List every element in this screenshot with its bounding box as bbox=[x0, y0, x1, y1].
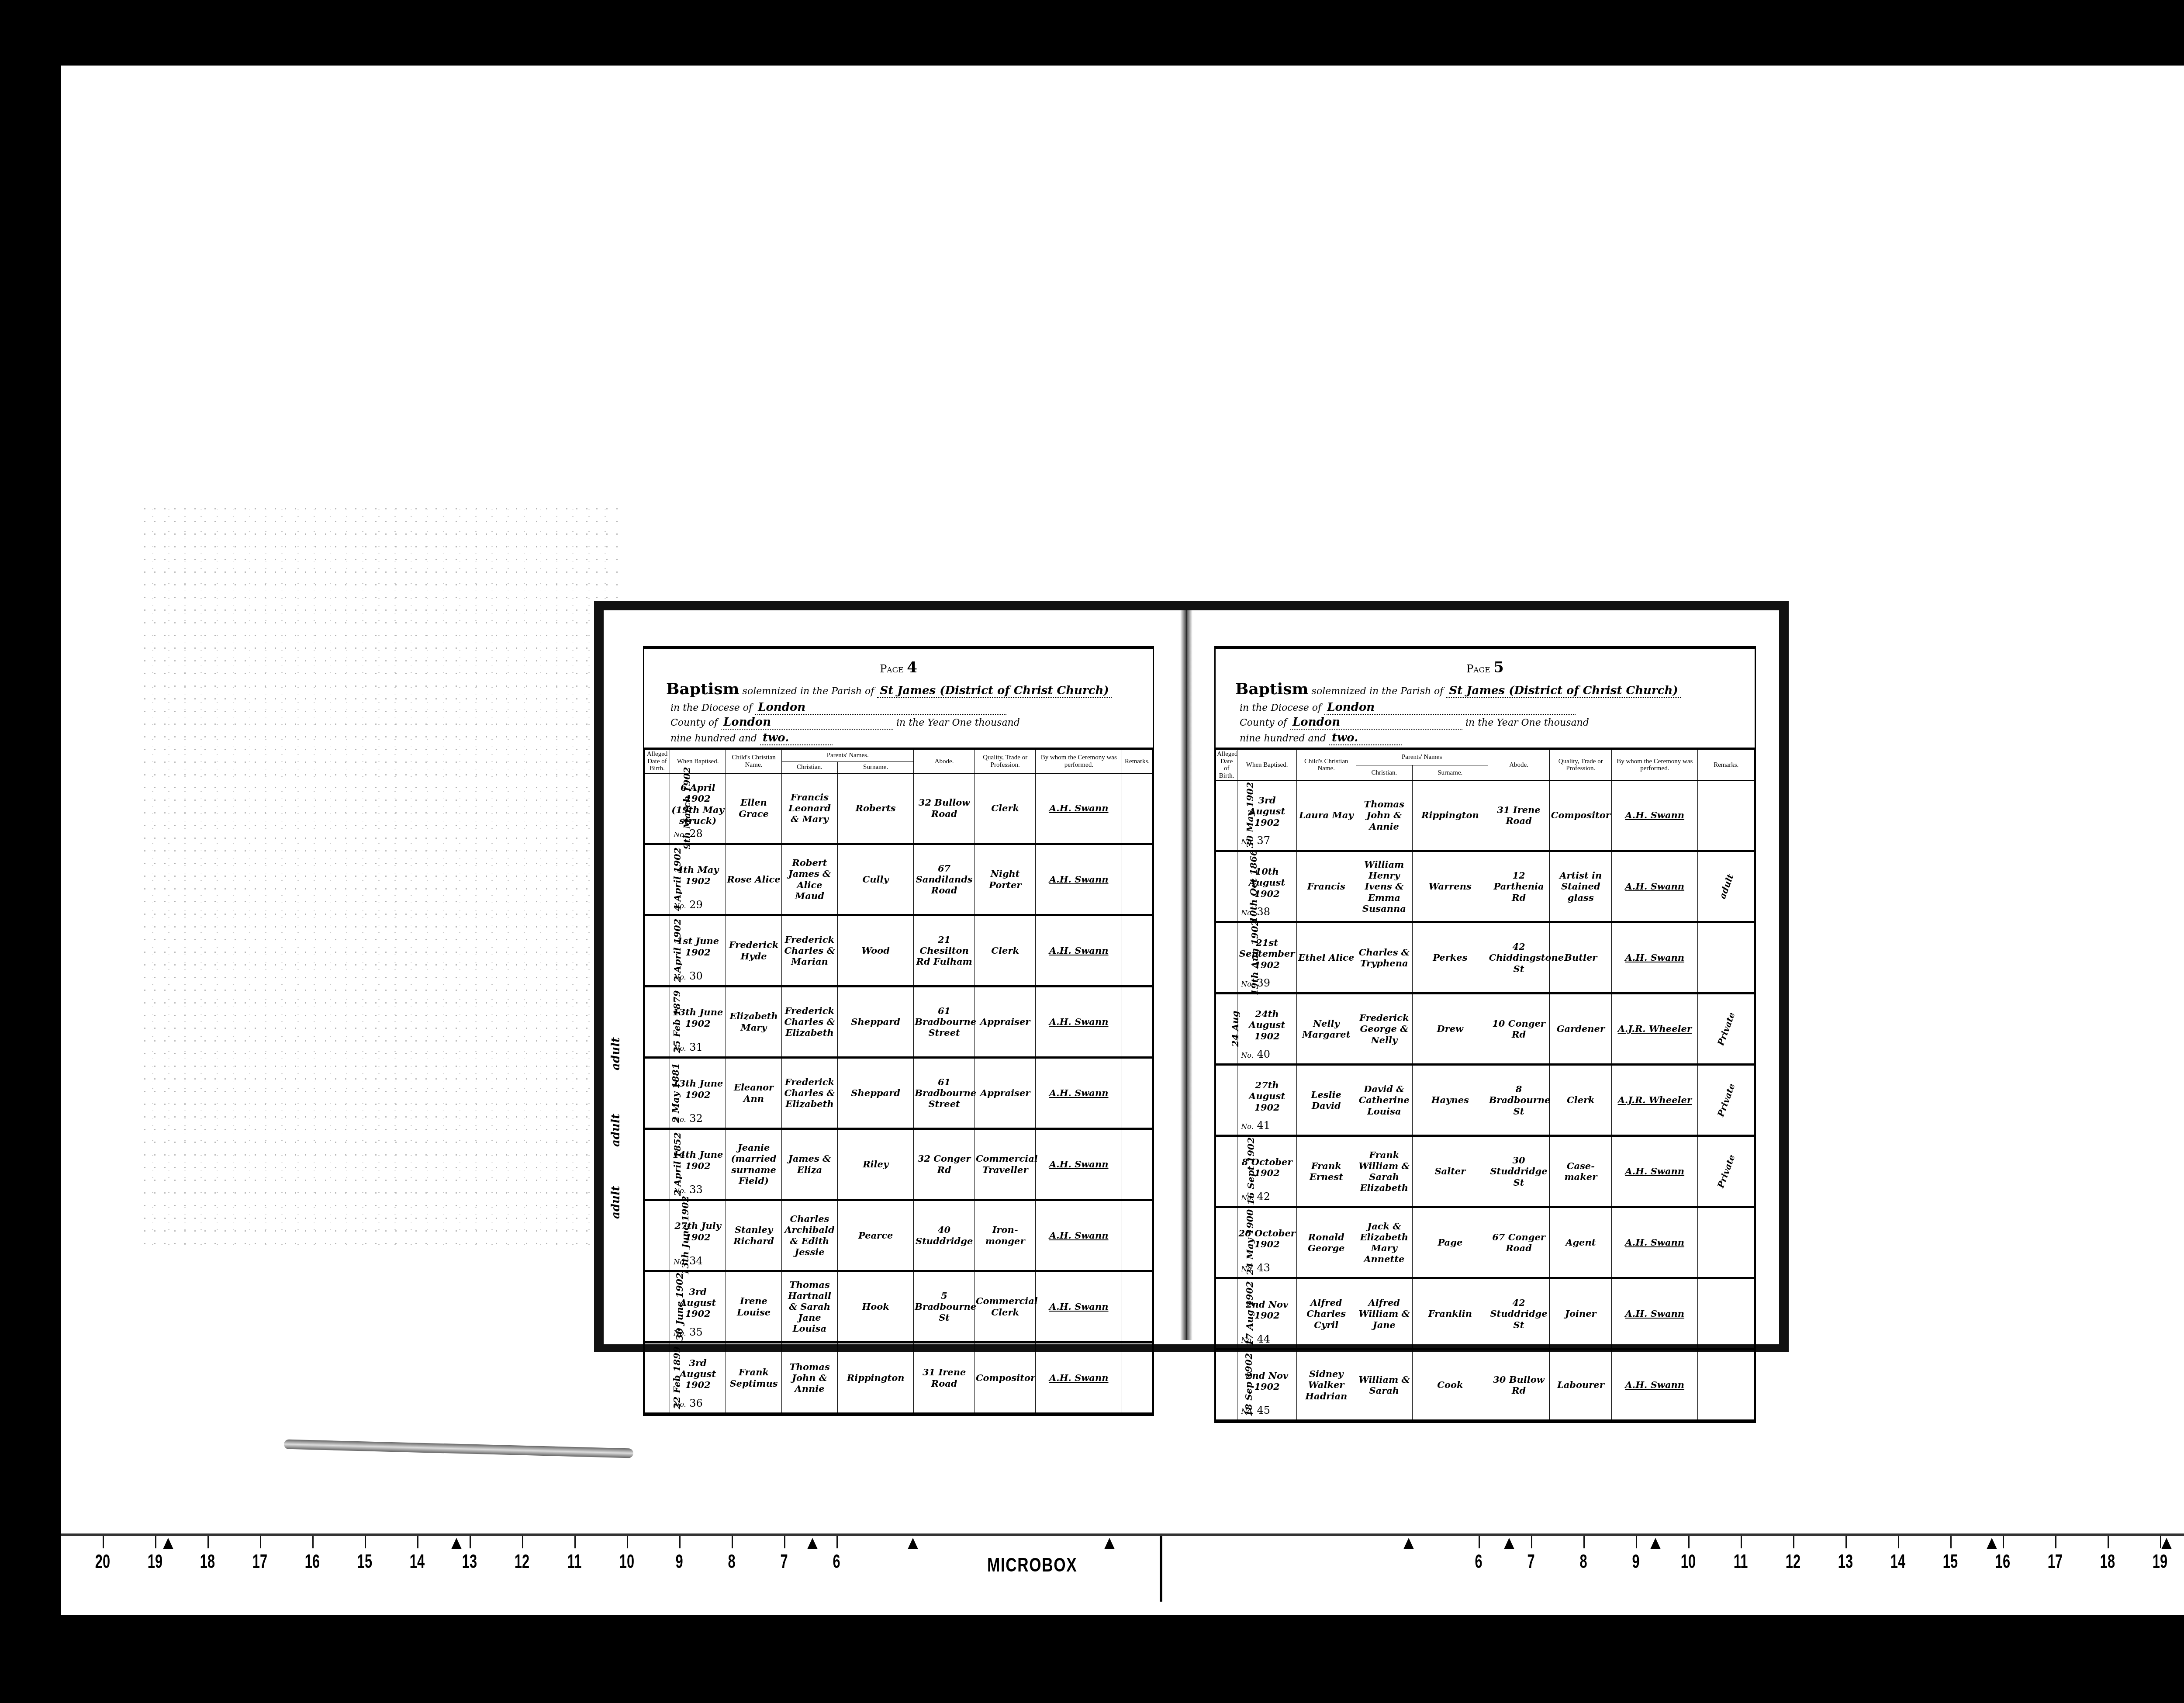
col-remarks: Remarks. bbox=[1122, 749, 1153, 774]
ruler-marker-triangle-icon bbox=[1403, 1538, 1414, 1549]
ruler-tick bbox=[1741, 1536, 1742, 1548]
baptism-date: 14th June 1902 bbox=[671, 1149, 725, 1171]
parents-christian-cell: Frederick George & Nelly bbox=[1356, 993, 1412, 1065]
quality-cell: Iron-monger bbox=[975, 1200, 1036, 1271]
ruler-number: 6 bbox=[1475, 1551, 1482, 1573]
ruler-brand: MICROBOX bbox=[987, 1554, 1077, 1576]
ruler-marker-triangle-icon bbox=[908, 1538, 918, 1549]
officiant-cell: A.H. Swann bbox=[1036, 844, 1122, 915]
quality-cell: Gardener bbox=[1550, 993, 1612, 1065]
county-value: London bbox=[721, 716, 893, 730]
ruler-tick bbox=[103, 1536, 104, 1548]
form-title: Baptism bbox=[1235, 680, 1309, 698]
when-baptised-cell: 27th August 1902No. 41 bbox=[1237, 1065, 1297, 1136]
entry-number-value: 29 bbox=[689, 899, 703, 911]
remarks-cell bbox=[1698, 1207, 1755, 1278]
remarks-value: Private bbox=[1715, 1011, 1737, 1047]
surname-cell: Cook bbox=[1413, 1350, 1488, 1421]
register-entry-row: 16 Sept 19028 October 1902No. 42Frank Er… bbox=[1216, 1136, 1755, 1207]
diocese-label: in the Diocese of bbox=[670, 703, 752, 713]
ruler-tick bbox=[417, 1536, 418, 1548]
when-baptised-cell: 1st June 1902No. 30 bbox=[670, 915, 726, 986]
parents-christian-cell: Thomas John & Annie bbox=[1356, 781, 1412, 851]
ruler-marker-triangle-icon bbox=[1650, 1538, 1661, 1549]
surname-cell: Sheppard bbox=[837, 986, 913, 1057]
quality-cell: Butler bbox=[1550, 922, 1612, 993]
baptism-date: 1st June 1902 bbox=[671, 935, 725, 957]
entry-number: No. 30 bbox=[674, 970, 703, 983]
when-baptised-cell: 2nd Nov 1902No. 44 bbox=[1237, 1278, 1297, 1350]
baptism-form: Page 5 Baptism solemnized in the Parish … bbox=[1214, 646, 1756, 1423]
col-quality: Quality, Trade or Profession. bbox=[1550, 749, 1612, 781]
parents-christian-cell: Frank William & Sarah Elizabeth bbox=[1356, 1136, 1412, 1207]
child-name-cell: Alfred Charles Cyril bbox=[1296, 1278, 1356, 1350]
register-entry-row: 9th March 19026 April 1902 (19th May str… bbox=[645, 773, 1153, 844]
when-baptised-cell: 27th July 1902No. 34 bbox=[670, 1200, 726, 1271]
county-label: County of bbox=[1240, 717, 1287, 728]
dust-speckle bbox=[140, 502, 620, 1245]
ruler-marker-triangle-icon bbox=[2161, 1538, 2172, 1549]
ruler-marker-triangle-icon bbox=[163, 1538, 173, 1549]
baptism-date: 10th August 1902 bbox=[1238, 866, 1296, 899]
parish-value: St James (District of Christ Church) bbox=[877, 684, 1111, 698]
entry-number: No. 37 bbox=[1241, 834, 1270, 847]
when-baptised-cell: 26 October 1902No. 43 bbox=[1237, 1207, 1297, 1278]
entry-number-value: 41 bbox=[1257, 1119, 1270, 1132]
when-baptised-cell: 21st September 1902No. 39 bbox=[1237, 922, 1297, 993]
officiant-cell: A.H. Swann bbox=[1612, 1278, 1698, 1350]
ruler-number: 9 bbox=[1632, 1551, 1639, 1573]
register-entry-row: 4 April 19024th May 1902No. 29Rose Alice… bbox=[645, 844, 1153, 915]
parents-christian-cell: Francis Leonard & Mary bbox=[781, 773, 837, 844]
ruler-tick bbox=[1636, 1536, 1637, 1548]
entry-number-value: 37 bbox=[1257, 834, 1270, 847]
entry-number: No. 32 bbox=[674, 1112, 703, 1125]
ruler-center-divider bbox=[1160, 1536, 1162, 1602]
officiant-cell: A.H. Swann bbox=[1036, 773, 1122, 844]
ruler-tick bbox=[470, 1536, 471, 1548]
baptism-date: 3rd August 1902 bbox=[1238, 795, 1296, 828]
when-baptised-cell: 13th June 1902No. 31 bbox=[670, 986, 726, 1057]
margin-note-adult: adult bbox=[609, 1114, 622, 1147]
baptism-date: 4th May 1902 bbox=[671, 864, 725, 886]
parents-christian-cell: Thomas Hartnall & Sarah Jane Louisa bbox=[781, 1271, 837, 1342]
dob-cell: 2 May 1881 bbox=[645, 1057, 670, 1128]
remarks-cell: adult bbox=[1698, 851, 1755, 922]
remarks-cell bbox=[1122, 844, 1153, 915]
dob-cell: 4 April 1902 bbox=[645, 844, 670, 915]
baptism-date: 2nd Nov 1902 bbox=[1238, 1299, 1296, 1321]
dob-cell: 2 April 1852 bbox=[645, 1128, 670, 1200]
parents-christian-cell: Robert James & Alice Maud bbox=[781, 844, 837, 915]
abode-cell: 67 Conger Road bbox=[1488, 1207, 1550, 1278]
baptism-date: 2nd Nov 1902 bbox=[1238, 1370, 1296, 1392]
col-child: Child's Christian Name. bbox=[726, 749, 782, 774]
quality-cell: Clerk bbox=[975, 915, 1036, 986]
ruler-number: 7 bbox=[1527, 1551, 1534, 1573]
ruler-number: 13 bbox=[462, 1551, 477, 1573]
year-label: in the Year One thousand bbox=[1465, 717, 1589, 728]
dob-cell: 16 Sept 1902 bbox=[1216, 1136, 1237, 1207]
microbox-scale-ruler: MICROBOX 2019181716151413121110987667891… bbox=[61, 1533, 2184, 1615]
entry-number-value: 36 bbox=[689, 1397, 703, 1409]
ruler-tick bbox=[1688, 1536, 1690, 1548]
baptism-date: 27th August 1902 bbox=[1238, 1080, 1296, 1113]
entry-number: No. 43 bbox=[1241, 1262, 1270, 1274]
entry-number: No. 34 bbox=[674, 1255, 703, 1267]
page-5: Page 5 Baptism solemnized in the Parish … bbox=[1192, 610, 1769, 1340]
dob-cell: 22 Feb 1899 bbox=[645, 1342, 670, 1413]
ruler-number: 18 bbox=[2100, 1551, 2115, 1573]
abode-cell: 31 Irene Road bbox=[1488, 781, 1550, 851]
entry-number-value: 40 bbox=[1257, 1048, 1270, 1060]
remarks-cell bbox=[1698, 781, 1755, 851]
parish-value: St James (District of Christ Church) bbox=[1446, 684, 1680, 698]
surname-cell: Hook bbox=[837, 1271, 913, 1342]
parents-christian-cell: William Henry Ivens & Emma Susanna bbox=[1356, 851, 1412, 922]
col-quality: Quality, Trade or Profession. bbox=[975, 749, 1036, 774]
when-baptised-cell: 14th June 1902No. 33 bbox=[670, 1128, 726, 1200]
surname-cell: Sheppard bbox=[837, 1057, 913, 1128]
when-baptised-cell: 4th May 1902No. 29 bbox=[670, 844, 726, 915]
child-name-cell: Eleanor Ann bbox=[726, 1057, 782, 1128]
ruler-tick bbox=[260, 1536, 261, 1548]
remarks-cell bbox=[1122, 1200, 1153, 1271]
solemnized-label: solemnized in the Parish of bbox=[743, 686, 874, 697]
child-name-cell: Francis bbox=[1296, 851, 1356, 922]
form-title: Baptism bbox=[666, 680, 740, 698]
dob-cell: 25 Feb 1879 bbox=[645, 986, 670, 1057]
year-line: nine hundred and two. bbox=[670, 731, 833, 744]
ruler-tick bbox=[1898, 1536, 1899, 1548]
surname-cell: Riley bbox=[837, 1128, 913, 1200]
register-entry-row: 19th Aug 190221st September 1902No. 39Et… bbox=[1216, 922, 1755, 993]
entry-number: No. 35 bbox=[674, 1326, 703, 1339]
baptism-register-table: Alleged Date of Birth. When Baptised. Ch… bbox=[1216, 748, 1755, 1422]
when-baptised-cell: 3rd August 1902No. 37 bbox=[1237, 781, 1297, 851]
child-name-cell: Leslie David bbox=[1296, 1065, 1356, 1136]
child-name-cell: Laura May bbox=[1296, 781, 1356, 851]
officiant-cell: A.J.R. Wheeler bbox=[1612, 993, 1698, 1065]
book-gutter bbox=[1180, 610, 1192, 1340]
remarks-value: adult bbox=[1717, 873, 1735, 900]
dob-cell: 2 April 1902 bbox=[645, 915, 670, 986]
when-baptised-cell: 2nd Nov 1902No. 45 bbox=[1237, 1350, 1297, 1421]
baptism-date: 13th June 1902 bbox=[671, 1078, 725, 1100]
baptism-date: 13th June 1902 bbox=[671, 1007, 725, 1028]
surname-cell: Page bbox=[1413, 1207, 1488, 1278]
abode-cell: 12 Parthenia Rd bbox=[1488, 851, 1550, 922]
parents-christian-cell: William & Sarah bbox=[1356, 1350, 1412, 1421]
child-name-cell: Rose Alice bbox=[726, 844, 782, 915]
baptism-date: 27th July 1902 bbox=[671, 1220, 725, 1242]
ruler-tick bbox=[836, 1536, 838, 1548]
remarks-value: Private bbox=[1715, 1153, 1737, 1190]
margin-note-adult: adult bbox=[609, 1186, 622, 1219]
officiant-cell: A.H. Swann bbox=[1036, 1271, 1122, 1342]
entry-number-value: 33 bbox=[689, 1184, 703, 1196]
register-entry-row: 10th Oct 186610th August 1902No. 38Franc… bbox=[1216, 851, 1755, 922]
register-entry-row: 2 April 19021st June 1902No. 30Frederick… bbox=[645, 915, 1153, 986]
solemnized-label: solemnized in the Parish of bbox=[1312, 686, 1444, 697]
ruler-number: 16 bbox=[1995, 1551, 2010, 1573]
entry-number-value: 34 bbox=[689, 1255, 703, 1267]
ruler-tick bbox=[155, 1536, 156, 1548]
ruler-number: 20 bbox=[95, 1551, 110, 1573]
remarks-cell bbox=[1698, 922, 1755, 993]
abode-cell: 10 Conger Rd bbox=[1488, 993, 1550, 1065]
entry-number-value: 43 bbox=[1257, 1262, 1270, 1274]
baptism-form: Page 4 Baptism solemnized in the Parish … bbox=[643, 646, 1154, 1416]
col-parents: Parents' Names. bbox=[781, 749, 913, 762]
register-entry-row: 27th August 1902No. 41Leslie DavidDavid … bbox=[1216, 1065, 1755, 1136]
surname-cell: Rippington bbox=[1413, 781, 1488, 851]
child-name-cell: Frederick Hyde bbox=[726, 915, 782, 986]
register-book: adult adult adult Page 4 Baptism solemni… bbox=[594, 601, 1789, 1352]
entry-number: No. 45 bbox=[1241, 1404, 1270, 1417]
page-label: Page bbox=[880, 663, 903, 675]
entry-number: No. 39 bbox=[1241, 977, 1270, 990]
remarks-cell bbox=[1122, 1342, 1153, 1413]
quality-cell: Commercial Traveller bbox=[975, 1128, 1036, 1200]
child-name-cell: Ellen Grace bbox=[726, 773, 782, 844]
parents-christian-cell: Frederick Charles & Marian bbox=[781, 915, 837, 986]
abode-cell: 30 Bullow Rd bbox=[1488, 1350, 1550, 1421]
entry-number-value: 42 bbox=[1257, 1191, 1270, 1203]
parents-christian-cell: Alfred William & Jane bbox=[1356, 1278, 1412, 1350]
quality-cell: Compositor bbox=[1550, 781, 1612, 851]
abode-cell: 40 Studdridge bbox=[914, 1200, 975, 1271]
baptism-date: 3rd August 1902 bbox=[671, 1357, 725, 1391]
col-christian: Christian. bbox=[781, 762, 837, 773]
year-prefix: nine hundred and bbox=[670, 733, 757, 744]
ruler-tick bbox=[1950, 1536, 1952, 1548]
officiant-cell: A.H. Swann bbox=[1612, 851, 1698, 922]
col-dob: Alleged Date of Birth. bbox=[645, 749, 670, 774]
when-baptised-cell: 10th August 1902No. 38 bbox=[1237, 851, 1297, 922]
quality-cell: Clerk bbox=[1550, 1065, 1612, 1136]
ruler-tick bbox=[679, 1536, 681, 1548]
form-heading: Page 4 Baptism solemnized in the Parish … bbox=[644, 649, 1153, 748]
when-baptised-cell: 24th August 1902No. 40 bbox=[1237, 993, 1297, 1065]
ruler-tick bbox=[312, 1536, 314, 1548]
parents-christian-cell: Frederick Charles & Elizabeth bbox=[781, 1057, 837, 1128]
ruler-number: 19 bbox=[2153, 1551, 2167, 1573]
remarks-cell: Private bbox=[1698, 1065, 1755, 1136]
col-parents: Parents' Names bbox=[1356, 749, 1488, 765]
abode-cell: 42 Studdridge St bbox=[1488, 1278, 1550, 1350]
remarks-cell bbox=[1122, 986, 1153, 1057]
col-child: Child's Christian Name. bbox=[1296, 749, 1356, 781]
ruler-number: 12 bbox=[1786, 1551, 1800, 1573]
register-entry-row: 25 Feb 187913th June 1902No. 31Elizabeth… bbox=[645, 986, 1153, 1057]
entry-number-value: 32 bbox=[689, 1112, 703, 1125]
abode-cell: 32 Conger Rd bbox=[914, 1128, 975, 1200]
ruler-number: 15 bbox=[1943, 1551, 1958, 1573]
dob-cell: 10th Oct 1866 bbox=[1216, 851, 1237, 922]
child-name-cell: Ronald George bbox=[1296, 1207, 1356, 1278]
when-baptised-cell: 3rd August 1902No. 36 bbox=[670, 1342, 726, 1413]
ruler-tick bbox=[365, 1536, 366, 1548]
ruler-tick bbox=[574, 1536, 576, 1548]
entry-number: No. 42 bbox=[1241, 1191, 1270, 1203]
dob-cell: 24 May 1900 bbox=[1216, 1207, 1237, 1278]
ruler-number: 12 bbox=[515, 1551, 529, 1573]
page-number: Page 4 bbox=[644, 659, 1153, 676]
ruler-number: 13 bbox=[1838, 1551, 1853, 1573]
officiant-cell: A.H. Swann bbox=[1036, 915, 1122, 986]
parents-christian-cell: Charles & Tryphena bbox=[1356, 922, 1412, 993]
register-entry-row: 17 Aug 19022nd Nov 1902No. 44Alfred Char… bbox=[1216, 1278, 1755, 1350]
parish-line: Baptism solemnized in the Parish of St J… bbox=[666, 680, 1112, 698]
register-entry-row: 22 Feb 18993rd August 1902No. 36Frank Se… bbox=[645, 1342, 1153, 1413]
dob-cell: 30 May 1902 bbox=[1216, 781, 1237, 851]
quality-cell: Compositor bbox=[975, 1342, 1036, 1413]
officiant-cell: A.H. Swann bbox=[1036, 1342, 1122, 1413]
ruler-tick bbox=[522, 1536, 523, 1548]
abode-cell: 21 Chesilton Rd Fulham bbox=[914, 915, 975, 986]
ruler-number: 14 bbox=[1890, 1551, 1905, 1573]
entry-number: No. 44 bbox=[1241, 1333, 1270, 1346]
year-label: in the Year One thousand bbox=[896, 717, 1020, 728]
entry-number-value: 45 bbox=[1257, 1404, 1270, 1416]
entry-number-value: 28 bbox=[689, 827, 703, 840]
parents-christian-cell: David & Catherine Louisa bbox=[1356, 1065, 1412, 1136]
when-baptised-cell: 6 April 1902 (19th May struck)No. 28 bbox=[670, 773, 726, 844]
officiant-cell: A.H. Swann bbox=[1036, 986, 1122, 1057]
register-entry-row: 2 May 188113th June 1902No. 32Eleanor An… bbox=[645, 1057, 1153, 1128]
child-name-cell: Frank Septimus bbox=[726, 1342, 782, 1413]
remarks-cell bbox=[1122, 1271, 1153, 1342]
ruler-tick bbox=[732, 1536, 733, 1548]
surname-cell: Franklin bbox=[1413, 1278, 1488, 1350]
officiant-cell: A.H. Swann bbox=[1612, 781, 1698, 851]
surname-cell: Rippington bbox=[837, 1342, 913, 1413]
col-surname: Surname. bbox=[837, 762, 913, 773]
officiant-cell: A.J.R. Wheeler bbox=[1612, 1065, 1698, 1136]
child-name-cell: Ethel Alice bbox=[1296, 922, 1356, 993]
parish-line: Baptism solemnized in the Parish of St J… bbox=[1235, 680, 1681, 698]
county-value: London bbox=[1290, 716, 1462, 730]
surname-cell: Pearce bbox=[837, 1200, 913, 1271]
year-value: two. bbox=[760, 731, 833, 745]
baptism-date: 8 October 1902 bbox=[1238, 1156, 1296, 1178]
baptism-register-table: Alleged Date of Birth. When Baptised. Ch… bbox=[644, 748, 1153, 1415]
quality-cell: Labourer bbox=[1550, 1350, 1612, 1421]
ruler-tick bbox=[1479, 1536, 1480, 1548]
ruler-number: 15 bbox=[357, 1551, 372, 1573]
register-entry-row: 13th June 190227th July 1902No. 34Stanle… bbox=[645, 1200, 1153, 1271]
ruler-tick bbox=[1845, 1536, 1847, 1548]
remarks-cell bbox=[1122, 915, 1153, 986]
parents-christian-cell: Charles Archibald & Edith Jessie bbox=[781, 1200, 837, 1271]
ruler-tick bbox=[2055, 1536, 2056, 1548]
abode-cell: 31 Irene Road bbox=[914, 1342, 975, 1413]
abode-cell: 42 Chiddingstone St bbox=[1488, 922, 1550, 993]
ruler-tick bbox=[1583, 1536, 1585, 1548]
ruler-number: 10 bbox=[1681, 1551, 1696, 1573]
diocese-value: London bbox=[755, 701, 1006, 715]
diocese-line: in the Diocese of London bbox=[670, 701, 1006, 714]
baptism-date: 24th August 1902 bbox=[1238, 1008, 1296, 1042]
entry-number: No. 40 bbox=[1241, 1048, 1270, 1061]
abode-cell: 30 Studdridge St bbox=[1488, 1136, 1550, 1207]
parents-christian-cell: Frederick Charles & Elizabeth bbox=[781, 986, 837, 1057]
abode-cell: 32 Bullow Road bbox=[914, 773, 975, 844]
abode-cell: 8 Bradbourne St bbox=[1488, 1065, 1550, 1136]
surname-cell: Wood bbox=[837, 915, 913, 986]
officiant-cell: A.H. Swann bbox=[1612, 1136, 1698, 1207]
officiant-cell: A.H. Swann bbox=[1612, 922, 1698, 993]
margin-note-adult: adult bbox=[609, 1037, 622, 1070]
ruler-tick bbox=[1531, 1536, 1532, 1548]
remarks-cell bbox=[1122, 1057, 1153, 1128]
ruler-marker-triangle-icon bbox=[1504, 1538, 1514, 1549]
parents-christian-cell: Jack & Elizabeth Mary Annette bbox=[1356, 1207, 1412, 1278]
quality-cell: Clerk bbox=[975, 773, 1036, 844]
diocese-label: in the Diocese of bbox=[1240, 703, 1321, 713]
entry-number: No. 31 bbox=[674, 1041, 703, 1054]
surname-cell: Haynes bbox=[1413, 1065, 1488, 1136]
dob-cell bbox=[1216, 1065, 1237, 1136]
col-by-whom: By whom the Ceremony was performed. bbox=[1612, 749, 1698, 781]
ruler-number: 17 bbox=[252, 1551, 267, 1573]
parents-christian-cell: James & Eliza bbox=[781, 1128, 837, 1200]
baptism-date: 3rd August 1902 bbox=[671, 1286, 725, 1319]
county-line: County of London in the Year One thousan… bbox=[670, 716, 1020, 729]
officiant-cell: A.H. Swann bbox=[1612, 1350, 1698, 1421]
officiant-cell: A.H. Swann bbox=[1036, 1128, 1122, 1200]
ruler-number: 16 bbox=[305, 1551, 320, 1573]
quality-cell: Agent bbox=[1550, 1207, 1612, 1278]
dob-cell: 24 Aug bbox=[1216, 993, 1237, 1065]
remarks-cell bbox=[1122, 773, 1153, 844]
col-christian: Christian. bbox=[1356, 765, 1412, 781]
quality-cell: Appraiser bbox=[975, 1057, 1036, 1128]
child-name-cell: Nelly Margaret bbox=[1296, 993, 1356, 1065]
col-abode: Abode. bbox=[1488, 749, 1550, 781]
child-name-cell: Frank Ernest bbox=[1296, 1136, 1356, 1207]
child-name-cell: Stanley Richard bbox=[726, 1200, 782, 1271]
ruler-tick bbox=[784, 1536, 785, 1548]
ruler-tick bbox=[2003, 1536, 2004, 1548]
ruler-number: 11 bbox=[1734, 1551, 1748, 1573]
baptism-date: 26 October 1902 bbox=[1238, 1228, 1296, 1250]
page-number-value: 4 bbox=[907, 659, 917, 676]
child-name-cell: Irene Louise bbox=[726, 1271, 782, 1342]
baptism-date: 21st September 1902 bbox=[1238, 937, 1296, 970]
officiant-cell: A.H. Swann bbox=[1036, 1057, 1122, 1128]
abode-cell: 67 Sandilands Road bbox=[914, 844, 975, 915]
ruler-number: 17 bbox=[2048, 1551, 2063, 1573]
officiant-cell: A.H. Swann bbox=[1612, 1207, 1698, 1278]
remarks-cell bbox=[1122, 1128, 1153, 1200]
col-when: When Baptised. bbox=[1237, 749, 1297, 781]
ruler-tick bbox=[627, 1536, 628, 1548]
register-entry-row: 24 May 190026 October 1902No. 43Ronald G… bbox=[1216, 1207, 1755, 1278]
when-baptised-cell: 3rd August 1902No. 35 bbox=[670, 1271, 726, 1342]
entry-number: No. 41 bbox=[1241, 1119, 1270, 1132]
ruler-marker-triangle-icon bbox=[1104, 1538, 1115, 1549]
remarks-cell bbox=[1698, 1350, 1755, 1421]
ruler-number: 18 bbox=[200, 1551, 215, 1573]
remarks-cell bbox=[1698, 1278, 1755, 1350]
dob-cell: 19th Aug 1902 bbox=[1216, 922, 1237, 993]
entry-number-value: 38 bbox=[1257, 906, 1270, 918]
entry-number-value: 39 bbox=[1257, 977, 1270, 989]
remarks-cell: Private bbox=[1698, 1136, 1755, 1207]
ruler-number: 8 bbox=[728, 1551, 735, 1573]
